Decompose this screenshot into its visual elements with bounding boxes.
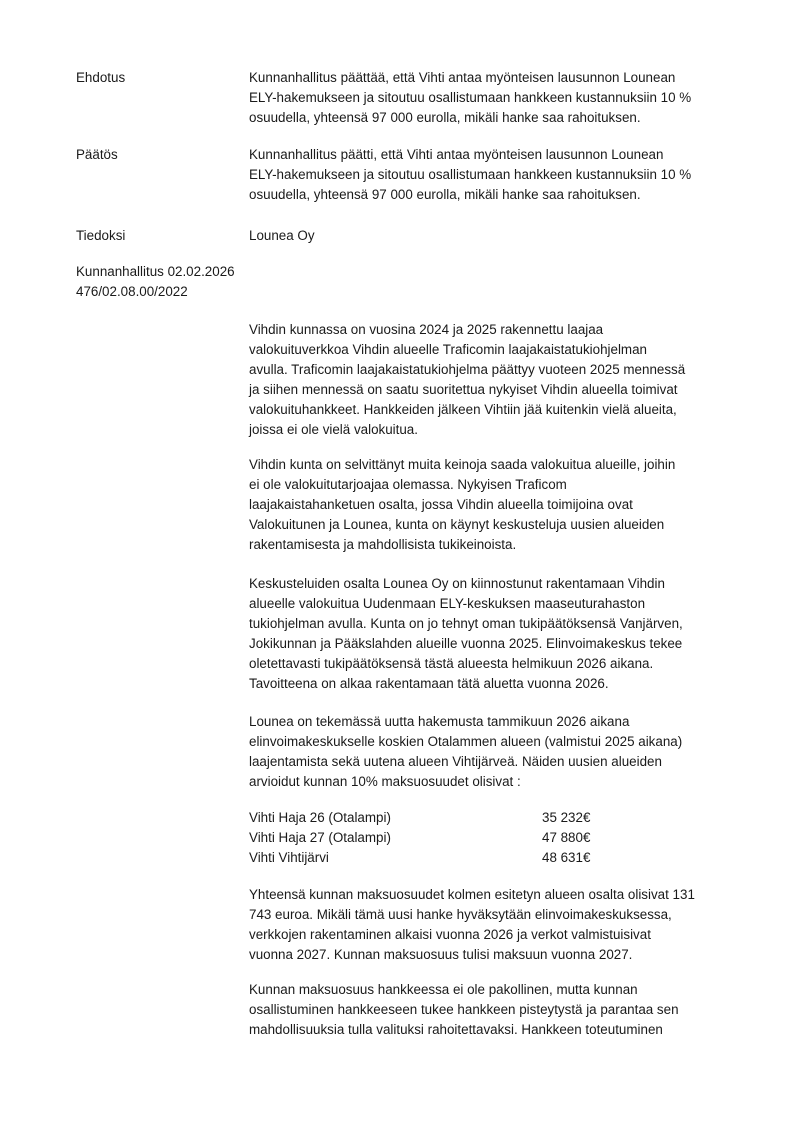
text-line: ELY-hakemukseen ja sitoutuu osallistumaa… <box>249 165 769 185</box>
text-line: oletettavasti tukipäätöksensä tästä alue… <box>249 654 779 674</box>
paragraph: Keskusteluiden osalta Lounea Oy on kiinn… <box>249 574 779 694</box>
text-line: vuonna 2027. Kunnan maksuosuus tulisi ma… <box>249 945 779 965</box>
amount: 35 232€ <box>542 808 590 828</box>
text-line: osuudella, yhteensä 97 000 eurolla, mikä… <box>249 108 769 128</box>
amount: 47 880€ <box>542 828 590 848</box>
area-name: Vihti Haja 27 (Otalampi) <box>249 828 391 848</box>
text-line: laajentamista sekä uutena alueen Vihtijä… <box>249 752 779 772</box>
text-line: Kunnan maksuosuus hankkeessa ei ole pako… <box>249 980 779 1000</box>
text-line: arvioidut kunnan 10% maksuosuudet olisiv… <box>249 772 779 792</box>
decision-text: Lounea Oy <box>249 226 769 246</box>
text-line: osuudella, yhteensä 97 000 eurolla, mikä… <box>249 185 769 205</box>
text-line: tukiohjelman avulla. Kunta on jo tehnyt … <box>249 614 779 634</box>
text-line: verkkojen rakentaminen alkaisi vuonna 20… <box>249 925 779 945</box>
paragraph: Vihdin kunta on selvittänyt muita keinoj… <box>249 455 779 555</box>
text-line: valokuituhankkeet. Hankkeiden jälkeen Vi… <box>249 400 779 420</box>
text-line: alueelle valokuitua Uudenmaan ELY-keskuk… <box>249 594 779 614</box>
decision-label: Tiedoksi <box>76 226 246 246</box>
cost-share-list: Vihti Haja 26 (Otalampi) 35 232€ Vihti H… <box>249 808 779 868</box>
text-line: rakentamisesta ja mahdollisista tukikein… <box>249 535 779 555</box>
decision-label: Ehdotus <box>76 68 246 88</box>
text-line: ja siihen mennessä on saatu suoritettua … <box>249 380 779 400</box>
cost-share-row: Vihti Haja 26 (Otalampi) 35 232€ <box>249 808 779 828</box>
cost-share-row: Vihti Haja 27 (Otalampi) 47 880€ <box>249 828 779 848</box>
text-line: Keskusteluiden osalta Lounea Oy on kiinn… <box>249 574 779 594</box>
text-line: Jokikunnan ja Pääkslahden alueille vuonn… <box>249 634 779 654</box>
paragraph: Lounea on tekemässä uutta hakemusta tamm… <box>249 712 779 792</box>
text-line: osallistuminen hankkeeseen tukee hankkee… <box>249 1000 779 1020</box>
text-line: Lounea on tekemässä uutta hakemusta tamm… <box>249 712 779 732</box>
document-page: Ehdotus Kunnanhallitus päättää, että Vih… <box>0 0 794 1122</box>
text-line: Yhteensä kunnan maksuosuudet kolmen esit… <box>249 885 779 905</box>
text-line: Kunnanhallitus päättää, että Vihti antaa… <box>249 68 769 88</box>
text-line: ei ole valokuitutarjoajaa olemassa. Nyky… <box>249 475 779 495</box>
area-name: Vihti Haja 26 (Otalampi) <box>249 808 391 828</box>
text-line: 743 euroa. Mikäli tämä uusi hanke hyväks… <box>249 905 779 925</box>
meeting-body-date: Kunnanhallitus 02.02.2026 <box>76 262 235 282</box>
text-line: Kunnanhallitus päätti, että Vihti antaa … <box>249 145 769 165</box>
text-line: Valokuitunen ja Lounea, kunta on käynyt … <box>249 515 779 535</box>
text-line: laajakaistahanketuen osalta, jossa Vihdi… <box>249 495 779 515</box>
decision-text: Kunnanhallitus päätti, että Vihti antaa … <box>249 145 769 205</box>
decision-label: Päätös <box>76 145 246 165</box>
text-line: valokuituverkkoa Vihdin alueelle Trafico… <box>249 340 779 360</box>
text-line: mahdollisuuksia tulla valituksi rahoitet… <box>249 1020 779 1040</box>
amount: 48 631€ <box>542 848 590 868</box>
paragraph: Vihdin kunnassa on vuosina 2024 ja 2025 … <box>249 320 779 440</box>
text-line: joissa ei ole vielä valokuitua. <box>249 420 779 440</box>
text-line: Lounea Oy <box>249 226 769 246</box>
text-line: ELY-hakemukseen ja sitoutuu osallistumaa… <box>249 88 769 108</box>
text-line: Vihdin kunnassa on vuosina 2024 ja 2025 … <box>249 320 779 340</box>
paragraph: Kunnan maksuosuus hankkeessa ei ole pako… <box>249 980 779 1040</box>
cost-share-row: Vihti Vihtijärvi 48 631€ <box>249 848 779 868</box>
decision-text: Kunnanhallitus päättää, että Vihti antaa… <box>249 68 769 128</box>
area-name: Vihti Vihtijärvi <box>249 848 329 868</box>
text-line: Vihdin kunta on selvittänyt muita keinoj… <box>249 455 779 475</box>
text-line: avulla. Traficomin laajakaistatukiohjelm… <box>249 360 779 380</box>
meeting-info: Kunnanhallitus 02.02.2026 476/02.08.00/2… <box>76 262 235 302</box>
reference-number: 476/02.08.00/2022 <box>76 282 235 302</box>
paragraph: Yhteensä kunnan maksuosuudet kolmen esit… <box>249 885 779 965</box>
text-line: elinvoimakeskukselle koskien Otalammen a… <box>249 732 779 752</box>
text-line: Tavoitteena on alkaa rakentamaan tätä al… <box>249 674 779 694</box>
